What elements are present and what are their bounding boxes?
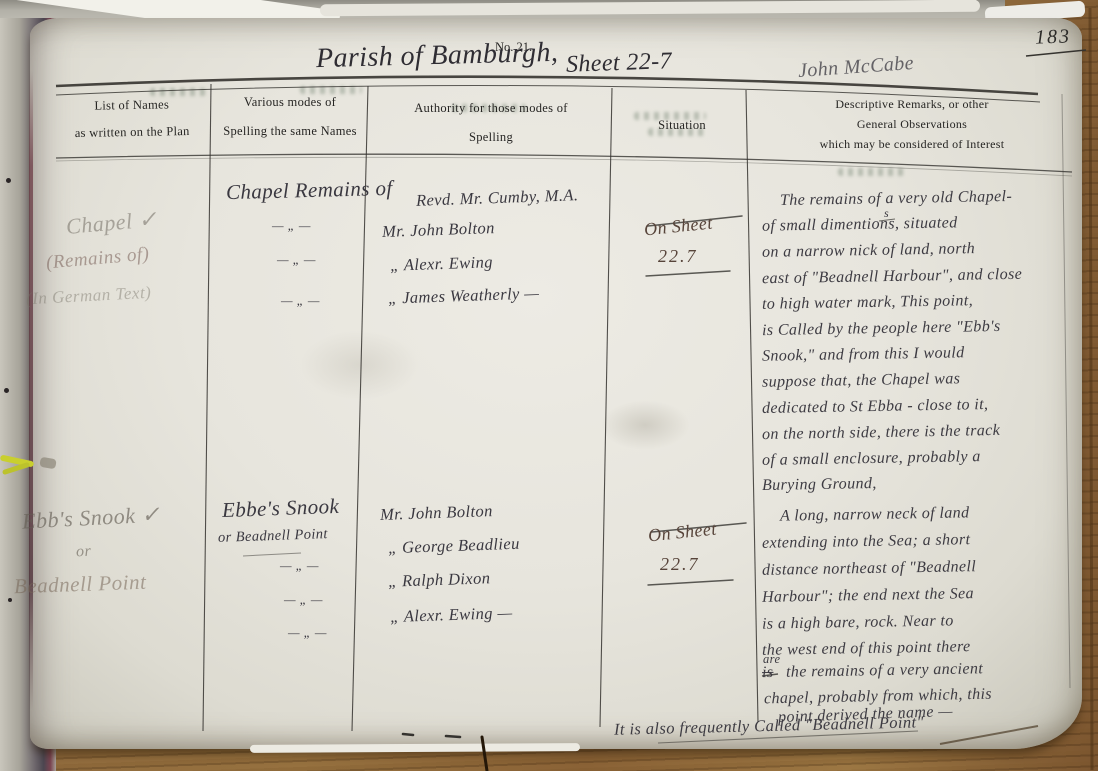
sheet-title-script: Sheet 22-7: [566, 48, 673, 79]
ditto-mark: — „ —: [284, 592, 323, 608]
remark-line: to high water mark, This point,: [762, 292, 973, 314]
column-header-situation: Situation: [617, 112, 747, 139]
page-number: 183: [1035, 25, 1072, 49]
column-header-spelling: Various modes of Spelling the same Names: [212, 88, 368, 146]
authority-name: „ Alexr. Ewing: [390, 252, 494, 276]
remark-line: Snook," and from this I would: [762, 344, 965, 366]
plan-name-pencil: or: [76, 543, 92, 562]
remark-line: on a narrow nick of land, north: [762, 240, 975, 262]
remark-line: the west end of this point there: [762, 638, 971, 660]
authority-name: Mr. John Bolton: [382, 218, 495, 242]
spelling-entry: Ebbe's Snook: [222, 494, 340, 523]
authority-name: „ Ralph Dixon: [388, 568, 491, 592]
ditto-mark: — „ —: [272, 218, 311, 234]
column-header-names: List of Names as written on the Plan: [57, 91, 208, 148]
parish-title-script: Parish of Bamburgh,: [316, 37, 559, 75]
remark-line: of small dimentions, situated: [762, 214, 958, 235]
remark-line: extending into the Sea; a short: [762, 531, 971, 553]
remark-line: the remains of a very ancient: [786, 660, 983, 681]
ditto-mark: — „ —: [277, 252, 316, 268]
remark-line: of a small enclosure, probably a: [762, 448, 981, 470]
remark-line: Harbour"; the end next the Sea: [762, 585, 974, 607]
scanned-name-book-photo: No. 21. Parish of Bamburgh, Sheet 22-7 J…: [0, 0, 1098, 771]
ditto-mark: — „ —: [288, 625, 327, 641]
remark-line: is a high bare, rock. Near to: [762, 612, 954, 633]
spelling-entry: Chapel Remains of: [226, 176, 393, 205]
remark-line: suppose that, the Chapel was: [762, 370, 961, 391]
column-header-remarks: Descriptive Remarks, or other General Ob…: [760, 94, 1064, 154]
situation-sheet-number: 22.7: [660, 554, 700, 575]
authority-name: Mr. John Bolton: [380, 501, 493, 525]
ditto-mark: — „ —: [281, 293, 320, 309]
remark-superscript-correction: s: [884, 206, 889, 221]
remark-line: distance northeast of "Beadnell: [762, 558, 976, 580]
remark-line: Burying Ground,: [762, 475, 877, 495]
remark-line: A long, narrow neck of land: [780, 504, 970, 525]
ditto-mark: — „ —: [280, 558, 319, 574]
authority-name: „ Alexr. Ewing —: [390, 603, 513, 627]
column-header-authority: Authority for those modes of Spelling: [372, 94, 610, 152]
plan-name-pencil: Beadnell Point: [14, 570, 147, 600]
remark-struck-word: is: [762, 664, 774, 682]
situation-sheet-number: 22.7: [658, 246, 698, 267]
